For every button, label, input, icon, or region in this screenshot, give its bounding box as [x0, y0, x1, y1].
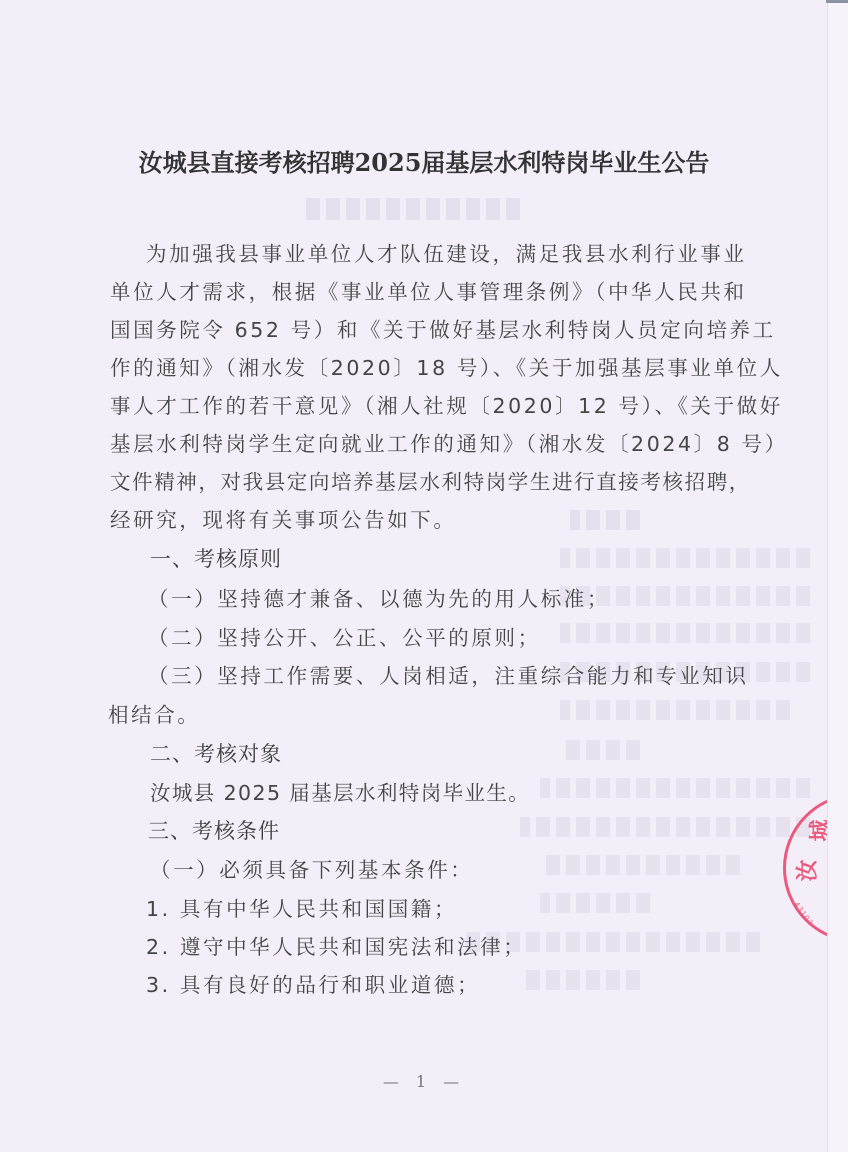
scan-edge-mark: [826, 0, 848, 3]
seal-char: 城: [804, 819, 827, 841]
official-seal-clip: 汝 城 43102: [0, 0, 827, 1152]
seal-char: 汝: [791, 859, 822, 881]
